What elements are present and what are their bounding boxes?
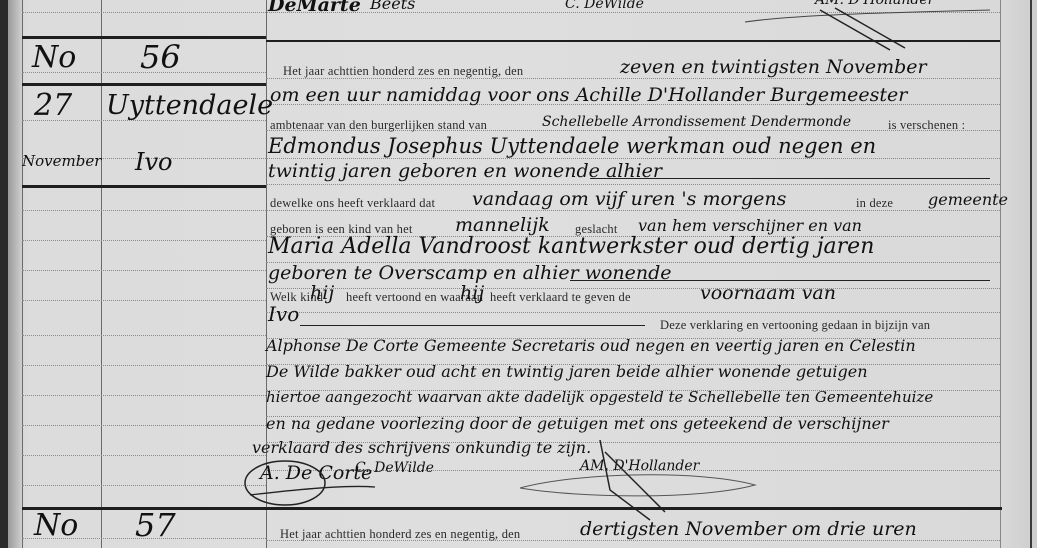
record-given-name: Ivo [135,148,173,176]
signature-flourish [500,440,760,530]
register-page: DeMarte Beets C. DeWilde AM. D'Hollander… [0,0,1037,548]
signature-flourish [740,0,1000,60]
signature-flourish [240,455,380,510]
ruling [22,270,266,271]
printed-text: is verschenen : [888,118,965,133]
fill-line [570,280,990,281]
ruling [22,455,266,456]
section-separator [22,83,266,86]
printed-text: in deze [856,196,893,211]
ruling [266,312,1000,313]
ruling [22,485,266,486]
ruling [266,184,1000,185]
ruling [22,300,266,301]
handwritten-text: en na gedane voorlezing door de getuigen… [266,414,889,433]
printed-text: Het jaar achttien honderd zes en negenti… [283,64,523,79]
ruling [22,365,266,366]
book-binding [0,0,8,548]
record-day: 27 [34,88,72,123]
handwritten-given-name: Ivo [268,302,299,326]
binding-shadow [8,0,22,548]
handwritten-mother: Maria Adella Vandroost kantwerkster oud … [268,234,874,259]
ruling [22,335,266,336]
ruling [22,210,266,211]
column-rule [1000,0,1001,548]
printed-text: dewelke ons heeft verklaard dat [270,196,435,211]
signature-previous-1: DeMarte [268,0,361,16]
printed-text: ambtenaar van den burgerlijken stand van [270,118,487,133]
record-number-label: No [32,40,76,75]
record-surname: Uyttendaele [106,90,273,121]
handwritten-text: om een uur namiddag voor ons Achille D'H… [270,84,907,106]
ruling [22,240,266,241]
handwritten-text: voornaam van [700,282,836,304]
ruling [266,158,1000,159]
signature-previous-2: Beets [370,0,415,13]
section-separator [22,185,266,188]
ruling [22,395,266,396]
handwritten-date: zeven en twintigsten November [620,56,927,78]
signature-previous-3: C. DeWilde [565,0,644,12]
handwritten-time: vandaag om vijf uren 's morgens [472,188,786,210]
ruling [266,288,1000,289]
ruling [22,425,266,426]
printed-text: Het jaar achttien honderd zes en negenti… [280,527,520,542]
record-number: 56 [140,38,181,76]
printed-text: Deze verklaring en vertooning gedaan in … [660,318,930,333]
handwritten-text: gemeente [928,190,1008,209]
handwritten-witnesses: Alphonse De Corte Gemeente Secretaris ou… [266,336,916,355]
handwritten-witnesses: De Wilde bakker oud acht en twintig jare… [266,362,868,381]
record-month: November [22,152,101,170]
handwritten-sex: mannelijk [455,214,550,236]
page-edge [1030,0,1032,548]
fill-line [300,325,645,326]
handwritten-father: Edmondus Josephus Uyttendaele werkman ou… [268,134,876,158]
record-number-label: No [34,508,78,543]
handwritten-pronoun: hij [460,282,484,304]
handwritten-text: van hem verschijner en van [638,216,862,235]
handwritten-date: dertigsten November om drie uren [580,518,917,540]
record-number: 57 [135,506,176,544]
handwritten-place: Schellebelle Arrondissement Dendermonde [542,114,851,130]
handwritten-pronoun: hij [310,282,334,304]
fill-line [590,178,990,179]
printed-text: heeft verklaard te geven de [490,290,631,305]
handwritten-text: hiertoe aangezocht waarvan akte dadelijk… [266,388,933,406]
